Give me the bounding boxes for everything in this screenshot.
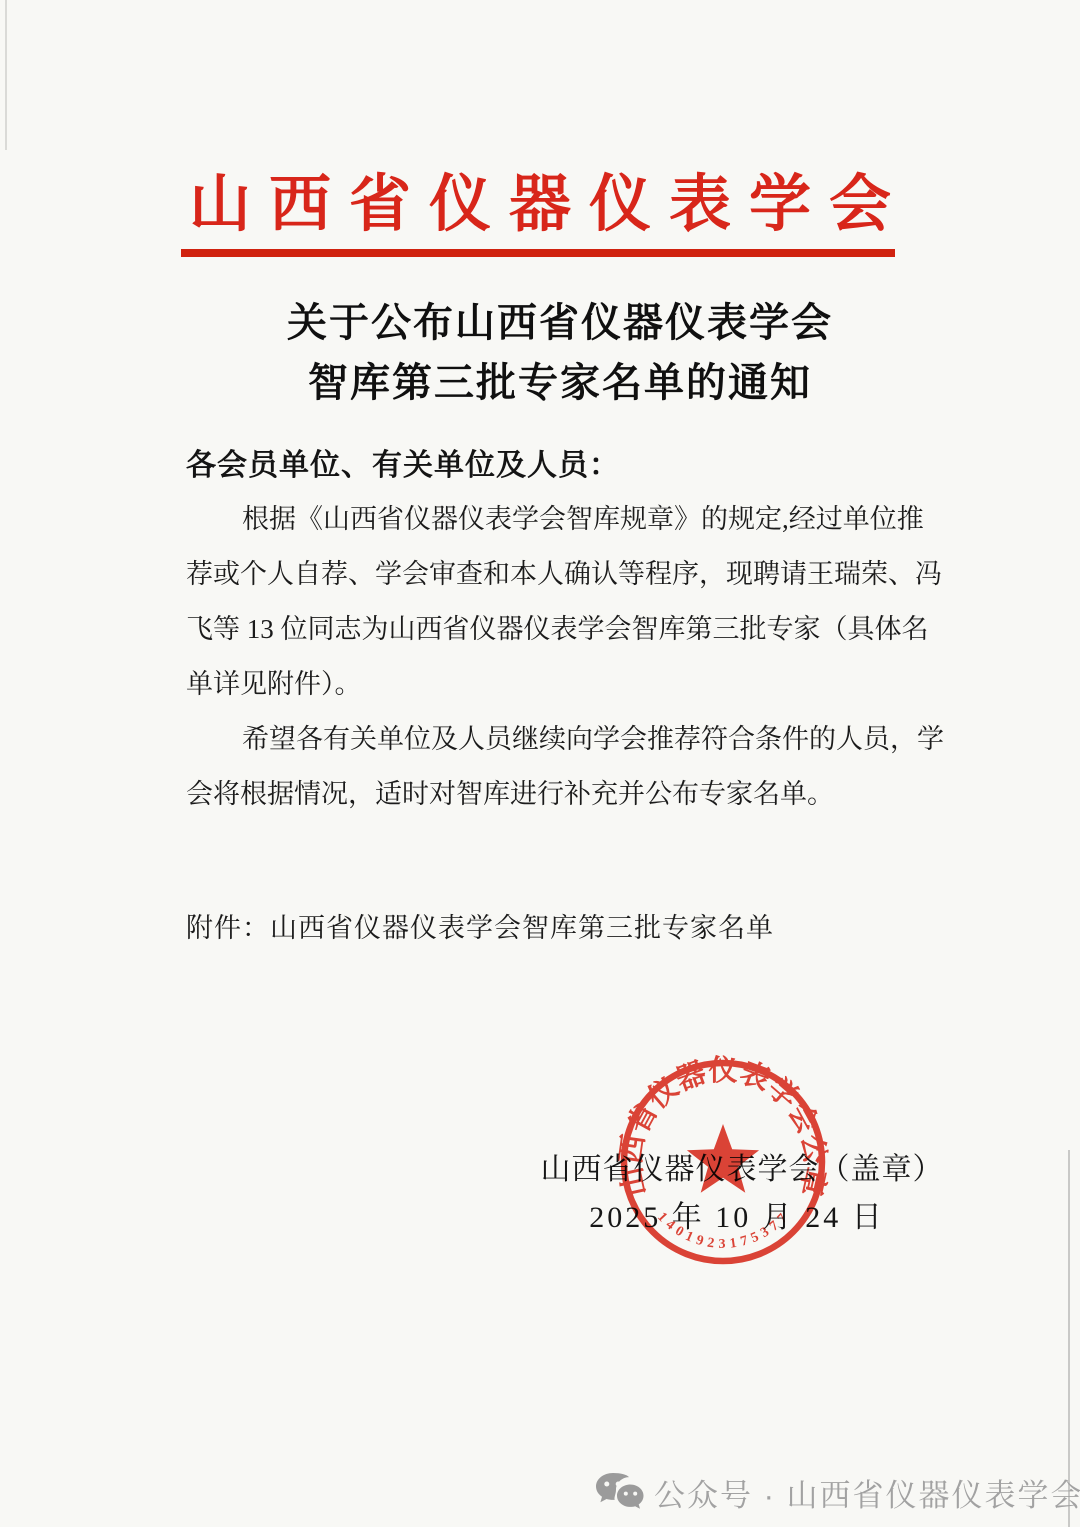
salutation: 各会员单位、有关单位及人员： <box>186 440 620 484</box>
body-line: 荐或个人自荐、学会审查和本人确认等程序，现聘请王瑞荣、冯 <box>186 547 916 602</box>
letterhead-org-name: 山西省仪器仪表学会 <box>0 154 1080 243</box>
seal-star-icon <box>687 1124 759 1193</box>
body-line: 希望各有关单位及人员继续向学会推荐符合条件的人员，学 <box>186 712 916 767</box>
official-seal: 山西省仪器仪表学会公章 1401923175377 <box>613 1052 833 1272</box>
notice-title-line-1: 关于公布山西省仪器仪表学会 <box>40 293 1080 353</box>
letterhead-divider-rule <box>181 249 895 257</box>
wechat-icon <box>594 1471 644 1515</box>
notice-body: 根据《山西省仪器仪表学会智库规章》的规定,经过单位推 荐或个人自荐、学会审查和本… <box>186 492 916 822</box>
body-line: 会将根据情况，适时对智库进行补充并公布专家名单。 <box>186 767 916 822</box>
scan-edge-line-left <box>5 0 7 150</box>
document-page: 山西省仪器仪表学会 关于公布山西省仪器仪表学会 智库第三批专家名单的通知 各会员… <box>0 0 1080 1527</box>
body-line: 根据《山西省仪器仪表学会智库规章》的规定,经过单位推 <box>186 492 916 547</box>
body-line: 单详见附件）。 <box>186 657 916 712</box>
attachment-note: 附件：山西省仪器仪表学会智库第三批专家名单 <box>186 906 774 945</box>
notice-title: 关于公布山西省仪器仪表学会 智库第三批专家名单的通知 <box>40 293 1080 413</box>
body-line: 飞等 13 位同志为山西省仪器仪表学会智库第三批专家（具体名 <box>186 602 916 657</box>
wechat-watermark: 公众号 · 山西省仪器仪表学会 <box>594 1470 1080 1515</box>
wechat-account-label: 公众号 · 山西省仪器仪表学会 <box>654 1470 1080 1515</box>
notice-title-line-2: 智库第三批专家名单的通知 <box>40 353 1080 413</box>
